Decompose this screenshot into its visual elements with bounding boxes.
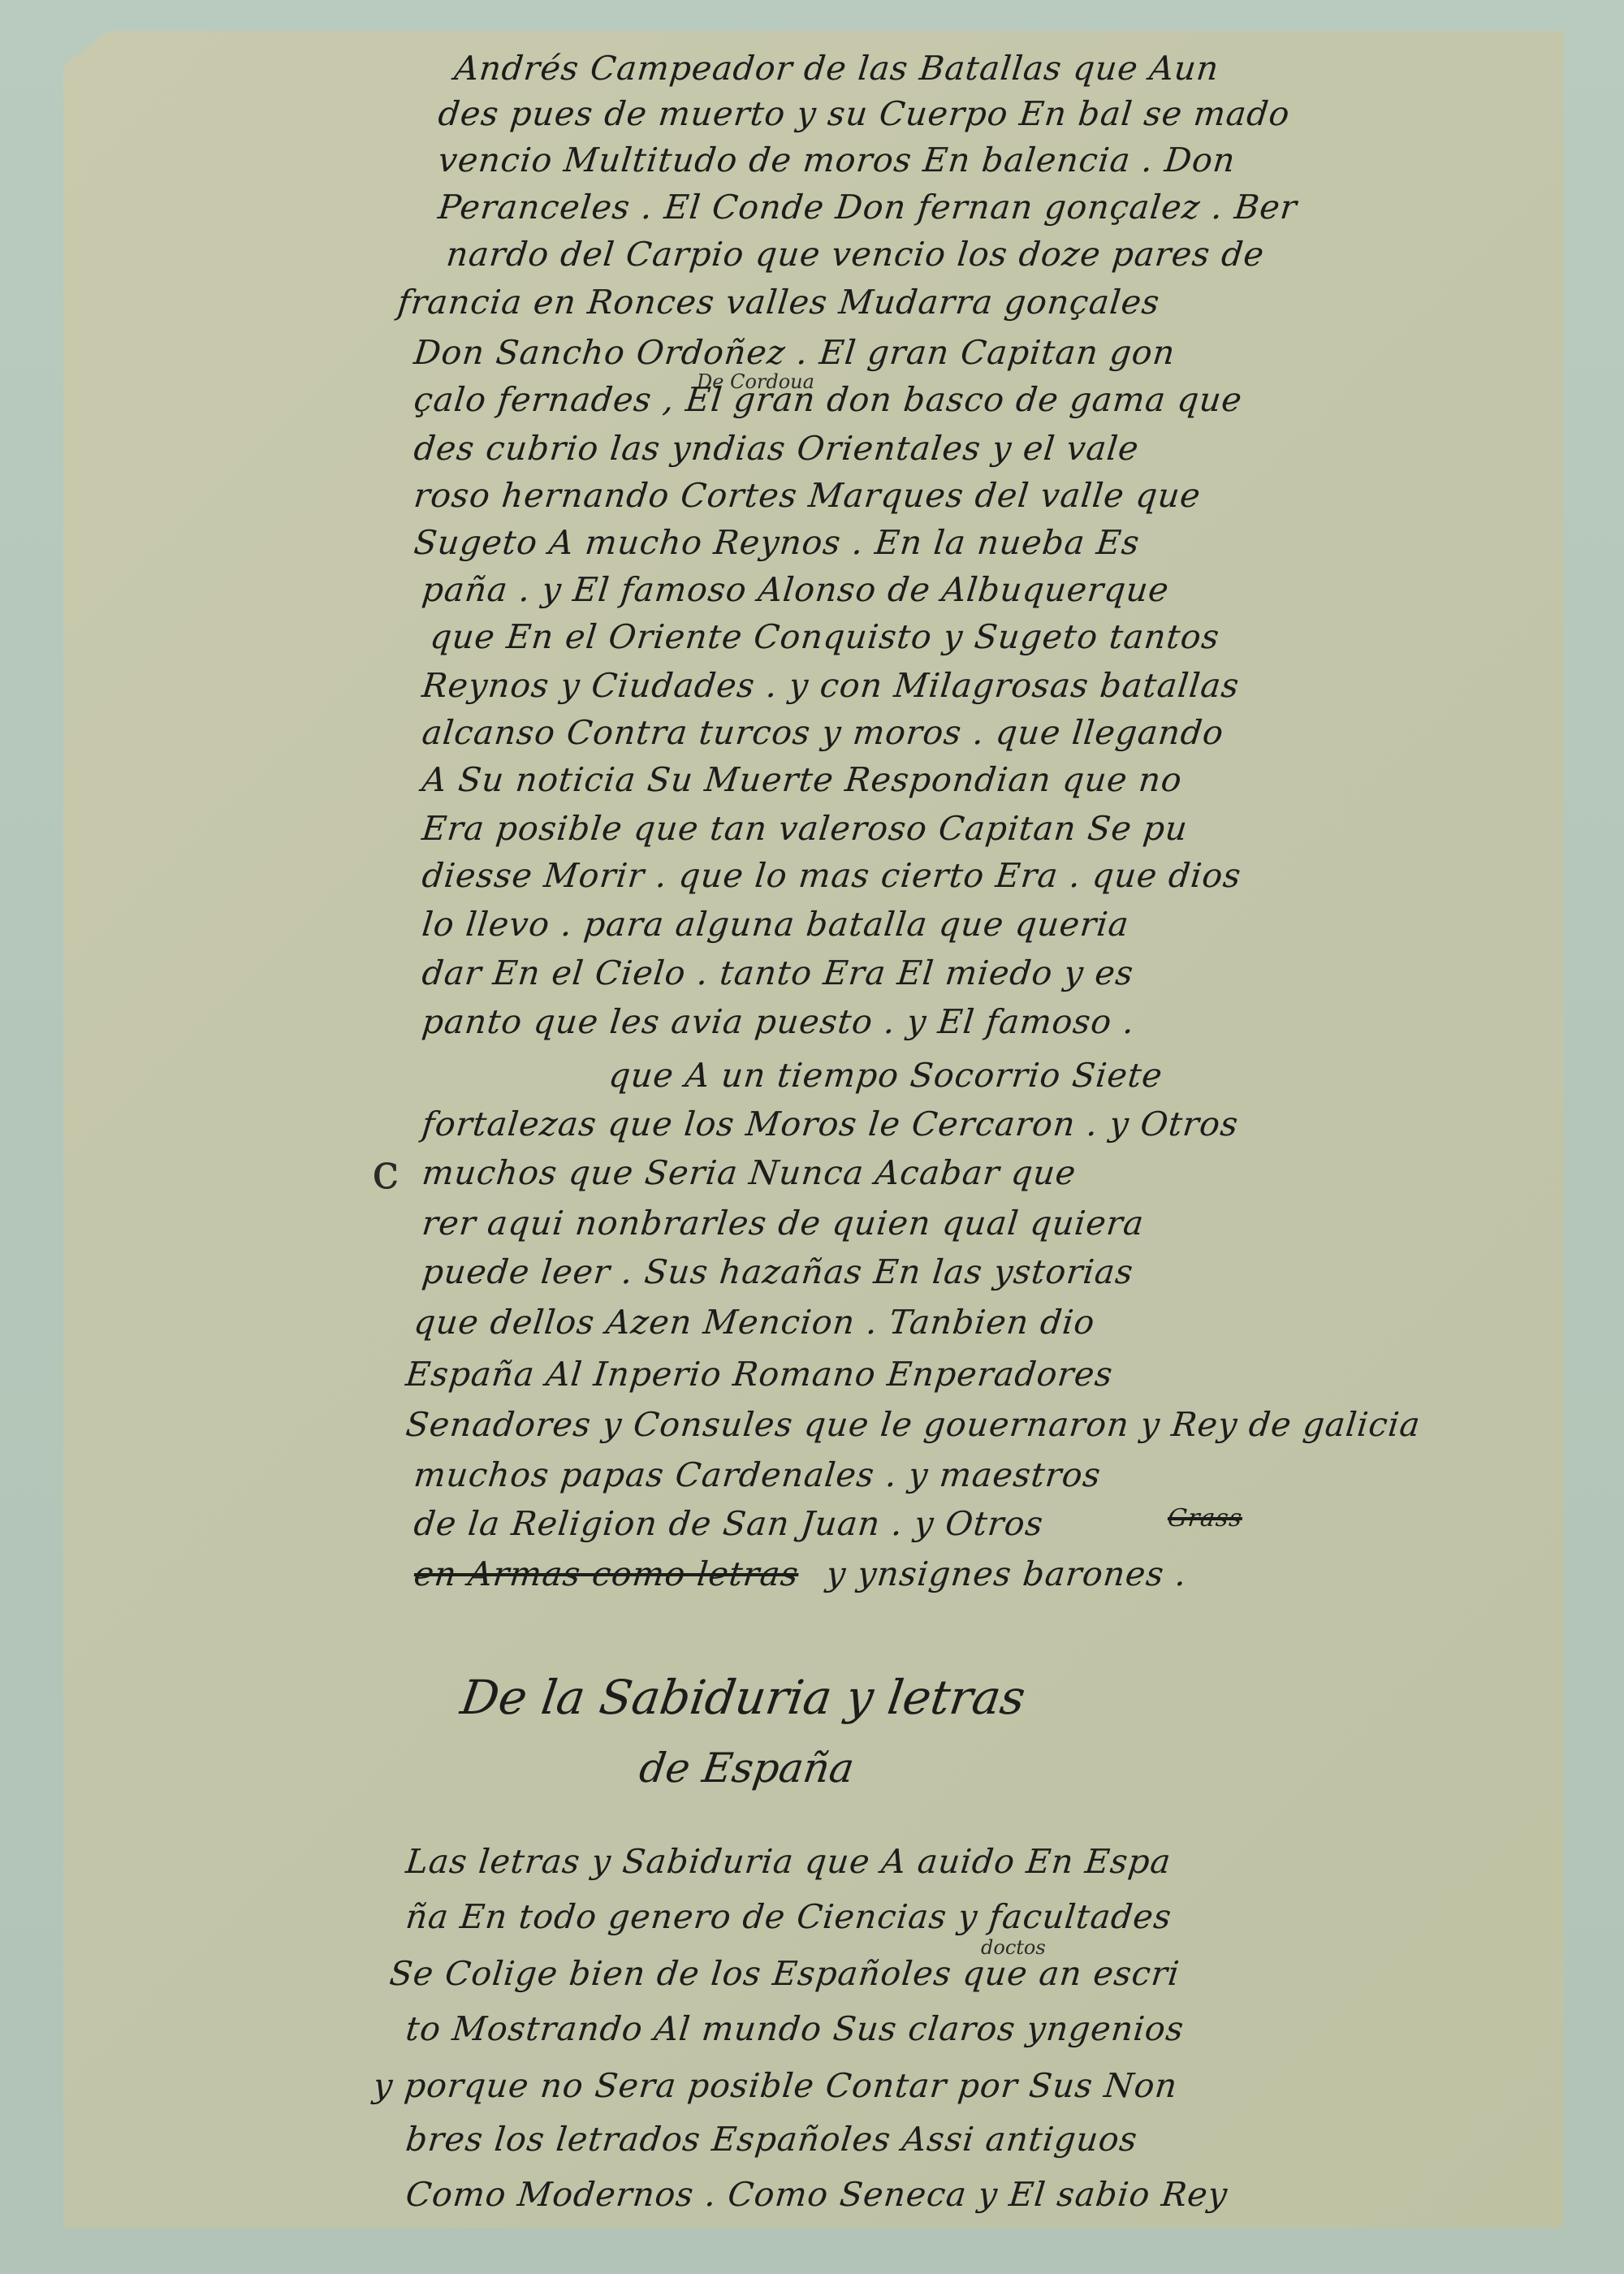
- manuscript-line: des cubrio las yndias Orientales y el va…: [412, 429, 1141, 468]
- manuscript-line: Sugeto A mucho Reynos . En la nueba Es: [412, 523, 1142, 562]
- manuscript-line: que A un tiempo Socorrio Siete: [607, 1056, 1164, 1095]
- manuscript-line: puede leer . Sus hazañas En las ystorias: [420, 1252, 1135, 1291]
- manuscript-line: Como Modernos . Como Seneca y El sabio R…: [404, 2175, 1229, 2214]
- manuscript-line: diesse Morir . que lo mas cierto Era . q…: [420, 856, 1243, 895]
- manuscript-line: bres los letrados Españoles Assi antiguo…: [404, 2120, 1139, 2159]
- manuscript-line: España Al Inperio Romano Enperadores: [404, 1355, 1115, 1394]
- manuscript-line: lo llevo . para alguna batalla que queri…: [420, 905, 1130, 944]
- manuscript-line: francia en Ronces valles Mudarra gonçale…: [395, 283, 1161, 322]
- manuscript-line: que En el Oriente Conquisto y Sugeto tan…: [428, 617, 1221, 656]
- manuscript-line: de la Religion de San Juan . y Otros: [412, 1504, 1045, 1543]
- manuscript-line: muchos papas Cardenales . y maestros: [412, 1455, 1103, 1494]
- manuscript-line: A Su noticia Su Muerte Respondian que no: [420, 760, 1184, 799]
- section-heading-sub: de España: [637, 1744, 857, 1792]
- manuscript-line: des pues de muerto y su Cuerpo En bal se…: [436, 94, 1292, 133]
- section-heading: De la Sabiduria y letras: [457, 1670, 1029, 1725]
- manuscript-line: y ynsignes barones .: [824, 1554, 1189, 1593]
- manuscript-line: Don Sancho Ordoñez . El gran Capitan gon: [412, 333, 1177, 372]
- manuscript-line: y porque no Sera posible Contar por Sus …: [371, 2066, 1179, 2105]
- manuscript-line: Reynos y Ciudades . y con Milagrosas bat…: [420, 666, 1241, 705]
- manuscript-page: Andrés Campeador de las Batallas que Aun…: [63, 31, 1564, 2228]
- manuscript-line: ña En todo genero de Ciencias y facultad…: [404, 1897, 1173, 1936]
- manuscript-line: Las letras y Sabiduria que A auido En Es…: [404, 1842, 1173, 1881]
- manuscript-line: rer aqui nonbrarles de quien qual quiera: [420, 1204, 1146, 1243]
- manuscript-line: fortalezas que los Moros le Cercaron . y…: [420, 1105, 1240, 1143]
- manuscript-line: paña . y El famoso Alonso de Albuquerque: [420, 570, 1171, 609]
- manuscript-line: panto que les avia puesto . y El famoso …: [420, 1002, 1136, 1041]
- struck-text: Grass: [1166, 1504, 1244, 1533]
- manuscript-line: çalo fernades , El gran don basco de gam…: [412, 380, 1244, 419]
- manuscript-line: Peranceles . El Conde Don fernan gonçale…: [436, 188, 1298, 227]
- manuscript-line: to Mostrando Al mundo Sus claros yngenio…: [404, 2009, 1186, 2048]
- manuscript-line: dar En el Cielo . tanto Era El miedo y e…: [420, 953, 1135, 992]
- manuscript-line: Era posible que tan valeroso Capitan Se …: [420, 809, 1190, 848]
- manuscript-line: muchos que Seria Nunca Acabar que: [420, 1153, 1078, 1192]
- manuscript-line: que dellos Azen Mencion . Tanbien dio: [412, 1303, 1096, 1342]
- manuscript-line: roso hernando Cortes Marques del valle q…: [412, 476, 1203, 515]
- manuscript-line: alcanso Contra turcos y moros . que lleg…: [420, 713, 1225, 752]
- margin-mark: c: [372, 1143, 400, 1200]
- struck-text: en Armas como letras: [412, 1554, 801, 1593]
- manuscript-line: nardo del Carpio que vencio los doze par…: [444, 235, 1266, 274]
- manuscript-line: Senadores y Consules que le gouernaron y…: [404, 1405, 1422, 1444]
- manuscript-line: vencio Multitudo de moros En balencia . …: [436, 141, 1237, 179]
- manuscript-line: Se Colige bien de los Españoles que an e…: [387, 1954, 1181, 1993]
- manuscript-line: Andrés Campeador de las Batallas que Aun: [452, 49, 1220, 88]
